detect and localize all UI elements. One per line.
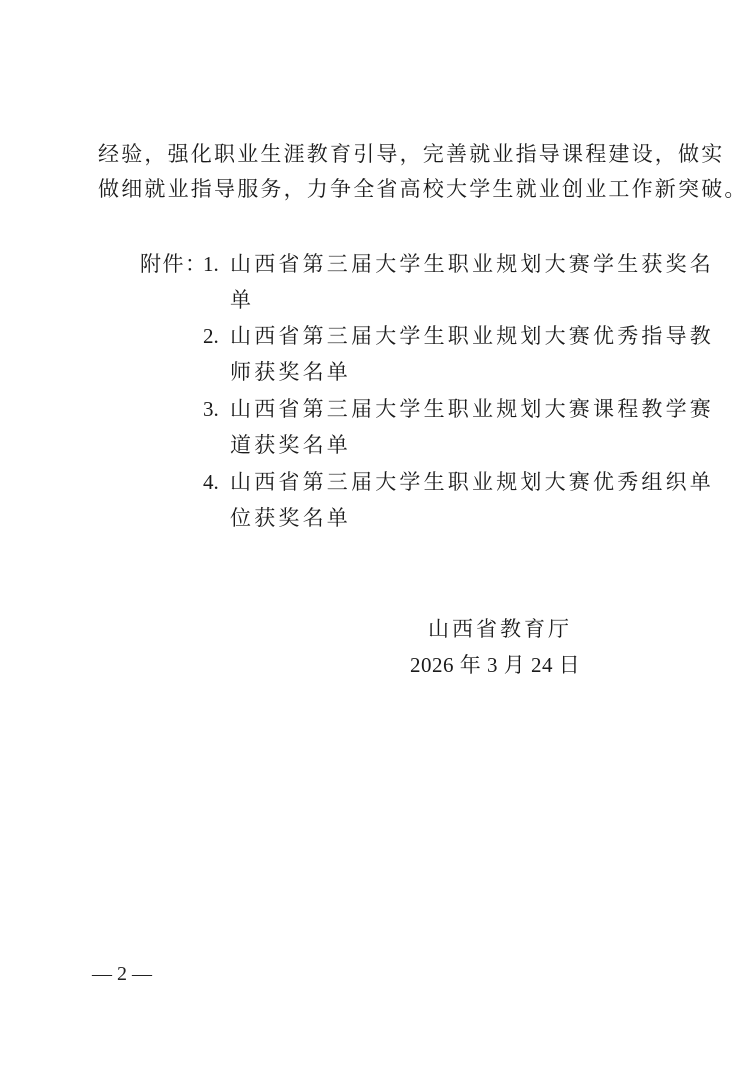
attachment-number: 1. — [203, 252, 219, 276]
attachment-title-continued: 师获奖名单 — [230, 360, 351, 384]
attachment-title-continued: 位获奖名单 — [230, 506, 351, 530]
attachment-number: 4. — [203, 470, 219, 494]
attachment-title: 山西省第三届大学生职业规划大赛学生获奖名 — [230, 252, 714, 276]
page-number: — 2 — — [92, 963, 152, 986]
attachment-title-continued: 道获奖名单 — [230, 433, 351, 457]
attachment-title: 山西省第三届大学生职业规划大赛优秀指导教 — [230, 324, 714, 348]
attachment-number: 2. — [203, 324, 219, 348]
body-paragraph-line-2: 做细就业指导服务，力争全省高校大学生就业创业工作新突破。 — [98, 177, 748, 201]
body-paragraph-line-1: 经验，强化职业生涯教育引导，完善就业指导课程建设，做实 — [98, 142, 724, 166]
attachment-number: 3. — [203, 397, 219, 421]
attachment-title-continued: 单 — [230, 288, 254, 312]
issuing-organization: 山西省教育厅 — [428, 617, 572, 641]
attachments-label: 附件： — [140, 252, 208, 276]
attachment-title: 山西省第三届大学生职业规划大赛课程教学赛 — [230, 397, 714, 421]
issue-date: 2026 年 3 月 24 日 — [410, 653, 580, 677]
attachment-title: 山西省第三届大学生职业规划大赛优秀组织单 — [230, 470, 714, 494]
